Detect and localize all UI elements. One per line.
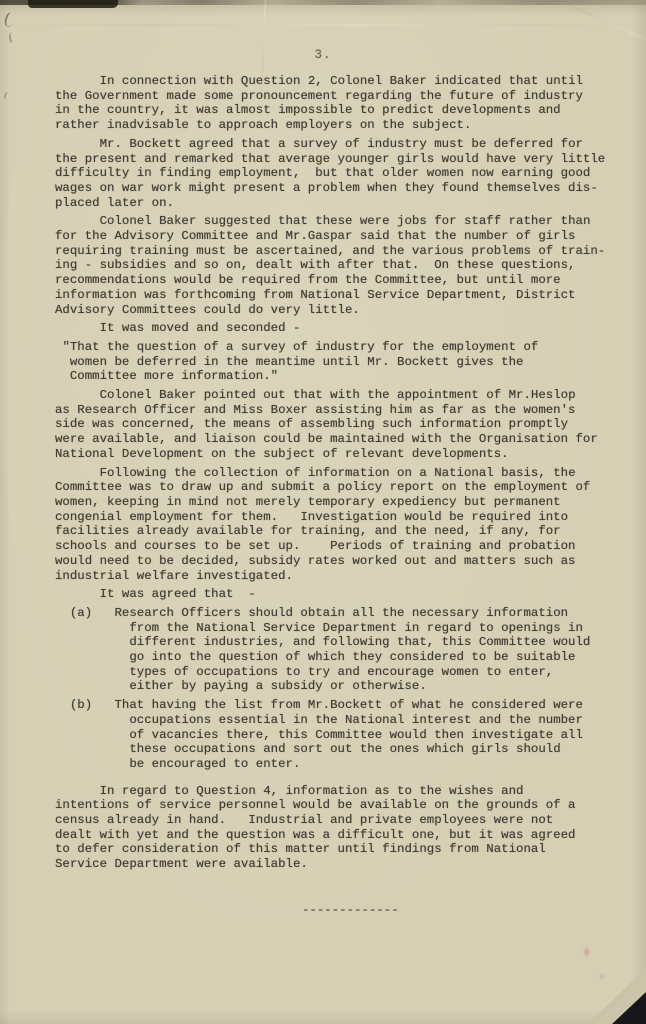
paragraph-policy-report: Following the collection of information … [55,466,634,584]
paper-crease [0,24,646,26]
pink-smudge [584,948,589,956]
document-page: 3. In connection with Question 2, Colone… [0,0,646,1024]
pencil-scribble [8,32,16,44]
typed-separator: ------------- [302,903,399,918]
paragraph-baker-heslop: Colonel Baker pointed out that with the … [55,388,634,462]
document-body: In connection with Question 2, Colonel B… [55,74,634,876]
line-moved-and-seconded: It was moved and seconded - [55,321,634,336]
list-item-b: (b) That having the list from Mr.Bockett… [55,698,634,772]
list-item-a: (a) Research Officers should obtain all … [55,606,634,694]
paper-crease [527,0,646,52]
page-number: 3. [0,48,646,62]
line-it-was-agreed: It was agreed that - [55,587,634,602]
pencil-scribble [3,91,11,101]
motion-quote: "That the question of a survey of indust… [55,340,634,384]
paragraph-question2: In connection with Question 2, Colonel B… [55,74,634,133]
paragraph-baker-suggestion: Colonel Baker suggested that these were … [55,214,634,317]
pink-smudge [600,974,604,979]
scan-edge-mark [28,0,118,8]
paragraph-question4: In regard to Question 4, information as … [55,784,634,872]
paragraph-bockett-survey: Mr. Bockett agreed that a survey of indu… [55,137,634,211]
